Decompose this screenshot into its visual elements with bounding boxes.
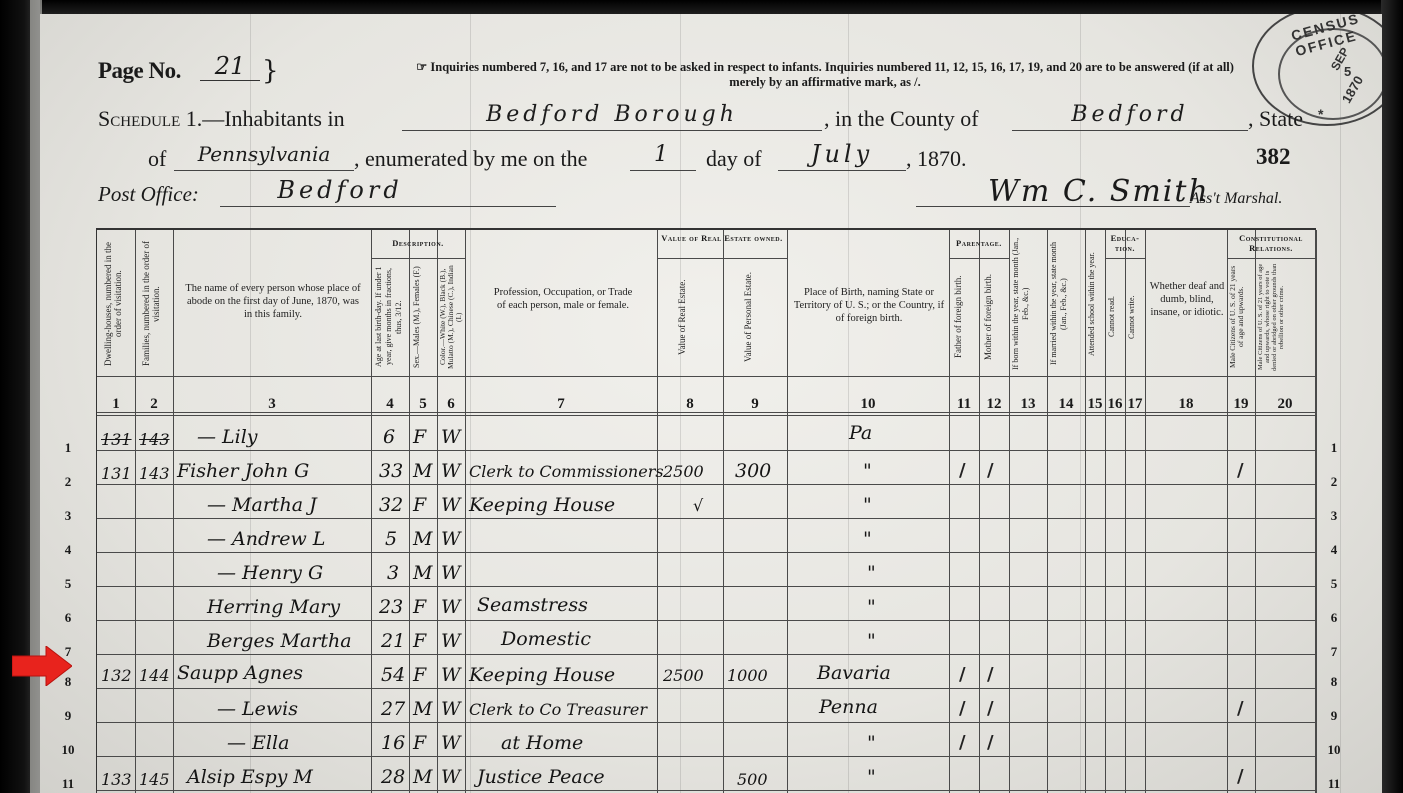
row2-name: Fisher John G [177, 460, 309, 482]
row9-mother-foreign: / [987, 698, 994, 719]
red-arrow-icon [12, 646, 72, 686]
line-number-left-10: 10 [53, 742, 83, 758]
row8-occupation: Keeping House [469, 664, 615, 686]
row9-color: W [441, 698, 461, 720]
header-born-within-year: If born within the year, state month (Ja… [1011, 236, 1045, 372]
line-number-right-10: 10 [1319, 742, 1349, 758]
line-number-left-4: 4 [53, 542, 83, 558]
header-name: The name of every person whose place of … [183, 282, 363, 321]
colnum-3: 3 [173, 396, 371, 413]
line-number-right-4: 4 [1319, 542, 1349, 558]
county-value: Bedford [1012, 102, 1248, 127]
line-number-left-1: 1 [53, 440, 83, 456]
row11-family: 145 [139, 770, 170, 789]
row11-name: Alsip Espy M [187, 766, 313, 788]
row6-name: Herring Mary [207, 596, 340, 618]
place-blank [402, 130, 822, 131]
header-attended-school: Attended school within the year. [1087, 236, 1103, 372]
row1-sex: F [413, 426, 426, 448]
row4-sex: M [413, 528, 432, 550]
row2-personal-estate: 300 [735, 460, 771, 482]
row11-personal-estate: 500 [737, 770, 768, 789]
row8-father-foreign: / [959, 664, 966, 685]
post-office-value: Bedford [220, 176, 460, 204]
row3-birthplace: " [863, 494, 872, 516]
row2-mother-foreign: / [987, 460, 994, 481]
colnum-7: 7 [465, 396, 657, 413]
row9-occupation: Clerk to Co Treasurer [469, 700, 647, 719]
header-birthplace: Place of Birth, naming State or Territor… [791, 286, 947, 325]
group-parentage: Parentage. [949, 238, 1009, 248]
row1-birthplace: Pa [849, 422, 872, 444]
row3-name: — Martha J [207, 494, 317, 516]
stamped-page-number: 382 [1256, 144, 1291, 170]
row7-name: Berges Martha [207, 630, 352, 652]
census-page: Page No. 21 } ☞ Inquiries numbered 7, 16… [40, 14, 1382, 793]
row5-sex: M [413, 562, 432, 584]
colnum-5: 5 [409, 396, 437, 413]
row1-family: 143 [139, 430, 170, 449]
header-real-estate: Value of Real Estate. [677, 262, 699, 372]
group-education: Educa-tion. [1105, 233, 1145, 253]
line-number-right-2: 2 [1319, 474, 1349, 490]
row8-real-estate: 2500 [663, 666, 704, 685]
row2-birthplace: " [863, 460, 872, 482]
row10-mother-foreign: / [987, 732, 994, 753]
row11-color: W [441, 766, 461, 788]
page-number-label: Page No. [98, 58, 181, 84]
row10-occupation: at Home [501, 732, 583, 754]
row8-family: 144 [139, 666, 170, 685]
colnum-1: 1 [97, 396, 135, 413]
row10-name: — Ella [227, 732, 289, 754]
colnum-6: 6 [437, 396, 465, 413]
row1-name: — Lily [197, 426, 258, 448]
line-number-right-1: 1 [1319, 440, 1349, 456]
state-blank [174, 170, 354, 171]
header-family: Families, numbered in the order of visit… [141, 236, 169, 372]
row9-name: — Lewis [217, 698, 298, 720]
row11-birthplace: " [867, 766, 876, 788]
row10-sex: F [413, 732, 426, 754]
row8-personal-estate: 1000 [727, 666, 768, 685]
line-number-left-11: 11 [53, 776, 83, 792]
row7-birthplace: " [867, 630, 876, 652]
row2-dwelling: 131 [101, 464, 132, 483]
county-label: , in the County of [824, 106, 979, 132]
colnum-16: 16 [1105, 396, 1125, 413]
row8-dwelling: 132 [101, 666, 132, 685]
post-office-label: Post Office: [98, 182, 199, 207]
row10-birthplace: " [867, 732, 876, 754]
row6-birthplace: " [867, 596, 876, 618]
row6-sex: F [413, 596, 426, 618]
header-cannot-write: Cannot write. [1127, 262, 1143, 372]
group-constitutional: Constitutional Relations. [1227, 233, 1315, 253]
day-of-label: day of [706, 146, 762, 172]
header-cannot-read: Cannot read. [1107, 262, 1123, 372]
header-personal-estate: Value of Personal Estate. [743, 262, 765, 372]
year-label: , 1870. [906, 146, 967, 172]
row11-citizen: / [1237, 766, 1244, 787]
row11-dwelling: 133 [101, 770, 132, 789]
of-label: of [148, 146, 166, 172]
row3-sex: F [413, 494, 426, 516]
marshal-signature: Wm C. Smith [988, 174, 1210, 209]
row4-color: W [441, 528, 461, 550]
row2-color: W [441, 460, 461, 482]
row6-color: W [441, 596, 461, 618]
row9-age: 27 [381, 698, 405, 720]
row2-age: 33 [379, 460, 403, 482]
line-number-left-3: 3 [53, 508, 83, 524]
marshal-label: Ass't Marshal. [1190, 190, 1282, 208]
line-number-right-6: 6 [1319, 610, 1349, 626]
line-number-right-3: 3 [1319, 508, 1349, 524]
colnum-9: 9 [723, 396, 787, 413]
line-number-right-9: 9 [1319, 708, 1349, 724]
line-number-right-7: 7 [1319, 644, 1349, 660]
row11-occupation: Justice Peace [477, 766, 605, 788]
film-border-right [1381, 0, 1403, 793]
row3-color: W [441, 494, 461, 516]
colnum-11: 11 [949, 396, 979, 413]
row8-name: Saupp Agnes [177, 662, 303, 684]
row1-dwelling: 131 [101, 430, 132, 449]
row10-father-foreign: / [959, 732, 966, 753]
row9-father-foreign: / [959, 698, 966, 719]
schedule-label: Schedule 1.—Inhabitants in [98, 106, 345, 132]
header-color: Color.—White (W.), Black (B.), Mulatto (… [439, 262, 463, 372]
post-office-blank [220, 206, 556, 207]
row7-sex: F [413, 630, 426, 652]
colnum-2: 2 [135, 396, 173, 413]
row8-mother-foreign: / [987, 664, 994, 685]
row3-occupation: Keeping House [469, 494, 615, 516]
header-male-citizens: Male Citizens of U. S. of 21 years of ag… [1229, 262, 1253, 372]
colnum-8: 8 [657, 396, 723, 413]
state-value: Pennsylvania [174, 142, 354, 166]
row2-citizen: / [1237, 460, 1244, 481]
colnum-13: 13 [1009, 396, 1047, 413]
colnum-12: 12 [979, 396, 1009, 413]
row3-age: 32 [379, 494, 403, 516]
row2-sex: M [413, 460, 432, 482]
header-married-within-year: If married within the year, state month … [1049, 236, 1083, 372]
state-label: , State [1248, 106, 1303, 132]
line-number-left-2: 2 [53, 474, 83, 490]
colnum-4: 4 [371, 396, 409, 413]
row8-birthplace: Bavaria [817, 662, 891, 684]
row11-sex: M [413, 766, 432, 788]
row7-occupation: Domestic [501, 628, 591, 650]
row2-father-foreign: / [959, 460, 966, 481]
row9-birthplace: Penna [819, 696, 878, 718]
census-table: Description. Value of Real Estate owned.… [96, 228, 1316, 793]
instructions: ☞ Inquiries numbered 7, 16, and 17 are n… [340, 60, 1310, 90]
place-value: Bedford Borough [402, 102, 822, 127]
day-blank [630, 170, 696, 171]
stamp-star-icon: * [1318, 106, 1323, 122]
row2-occupation: Clerk to Commissioners [469, 462, 664, 481]
header-dwelling: Dwelling-houses, numbered in the order o… [103, 236, 131, 372]
header-age: Age at last birth-day. If under 1 year, … [374, 262, 406, 372]
colnum-18: 18 [1145, 396, 1227, 413]
header-sex: Sex.—Males (M.), Females (F.) [412, 262, 434, 372]
row4-name: — Andrew L [207, 528, 325, 550]
header-father-foreign: Father of foreign birth. [953, 262, 975, 372]
row4-birthplace: " [863, 528, 872, 550]
colnum-19: 19 [1227, 396, 1255, 413]
line-number-right-8: 8 [1319, 674, 1349, 690]
row8-age: 54 [381, 664, 405, 686]
row9-sex: M [413, 698, 432, 720]
row4-age: 5 [385, 528, 397, 550]
group-value-estate: Value of Real Estate owned. [657, 233, 787, 243]
county-blank [1012, 130, 1248, 131]
row6-occupation: Seamstress [477, 594, 588, 616]
row8-color: W [441, 664, 461, 686]
row7-color: W [441, 630, 461, 652]
colnum-20: 20 [1255, 396, 1315, 413]
day-value: 1 [630, 142, 696, 167]
row1-color: W [441, 426, 461, 448]
row3-checkmark: √ [693, 496, 703, 515]
row1-age: 6 [383, 426, 395, 448]
row10-color: W [441, 732, 461, 754]
colnum-14: 14 [1047, 396, 1085, 413]
colnum-10: 10 [787, 396, 949, 413]
header-disability: Whether deaf and dumb, blind, insane, or… [1149, 280, 1225, 319]
row7-age: 21 [381, 630, 405, 652]
line-number-right-11: 11 [1319, 776, 1349, 792]
row2-family: 143 [139, 464, 170, 483]
month-blank [778, 170, 906, 171]
row2-real-estate: 2500 [663, 462, 704, 481]
header-vote-denied: Male Citizens of U. S. of 21 years of ag… [1257, 262, 1313, 372]
row10-age: 16 [381, 732, 405, 754]
line-number-left-6: 6 [53, 610, 83, 626]
page-number: 21 [200, 52, 260, 81]
line-number-left-5: 5 [53, 576, 83, 592]
brace: } [262, 56, 279, 86]
line-number-right-5: 5 [1319, 576, 1349, 592]
colnum-17: 17 [1125, 396, 1145, 413]
header-occupation: Profession, Occupation, or Trade of each… [493, 286, 633, 312]
row11-age: 28 [381, 766, 405, 788]
group-description: Description. [371, 238, 465, 248]
header-mother-foreign: Mother of foreign birth. [983, 262, 1005, 372]
colnum-15: 15 [1085, 396, 1105, 413]
row5-birthplace: " [867, 562, 876, 584]
row5-name: — Henry G [217, 562, 323, 584]
row9-citizen: / [1237, 698, 1244, 719]
line-number-left-9: 9 [53, 708, 83, 724]
row5-color: W [441, 562, 461, 584]
row8-sex: F [413, 664, 426, 686]
row6-age: 23 [379, 596, 403, 618]
pointing-hand-icon: ☞ [416, 60, 430, 74]
row5-age: 3 [387, 562, 399, 584]
month-value: July [778, 140, 906, 168]
enumerated-label: , enumerated by me on the [354, 146, 587, 172]
